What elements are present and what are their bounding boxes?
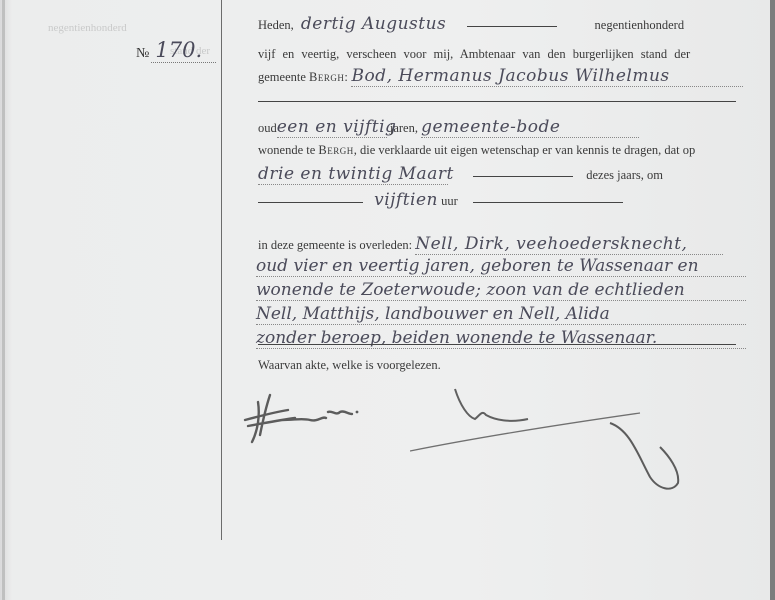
line-death-date: drie en twintig Maart dezes jaars, om — [258, 164, 663, 185]
hw-death-hour: vijftien — [374, 190, 438, 210]
hw-death-date: drie en twintig Maart — [258, 164, 448, 185]
record-number-value: 170. — [151, 38, 216, 63]
label-gemeente: gemeente — [258, 70, 306, 84]
bleed-through-text: negentienhonderd — [48, 22, 127, 34]
label-bergh: Bergh: — [309, 70, 348, 84]
hw-declarant-age: een en vijftig — [277, 117, 387, 138]
label-negentienhonderd: negentienhonderd — [595, 18, 685, 32]
label-wonende: wonende te — [258, 143, 315, 157]
record-number: №170. — [136, 38, 216, 62]
line-hour: vijftien uur — [258, 190, 623, 210]
line-age-occupation: oudeen en vijftig jaren, gemeente-bode — [258, 117, 639, 138]
hw-deceased-3: wonende te Zoeterwoude; zoon van de echt… — [256, 280, 746, 301]
hw-deceased-5: zonder beroep, beiden wonende te Wassena… — [256, 328, 746, 349]
hw-date: dertig Augustus — [301, 14, 446, 34]
label-municipality: Bergh — [318, 143, 353, 157]
line-year-registrar: vijf en veertig, verscheen voor mij, Amb… — [258, 47, 690, 62]
fill-rule — [258, 344, 736, 345]
line-deceased: in deze gemeente is overleden: Nell, Dir… — [258, 234, 723, 255]
line-residence: wonende te Bergh, die verklaarde uit eig… — [258, 143, 695, 158]
hw-deceased-2: oud vier en veertig jaren, geboren te Wa… — [256, 256, 746, 277]
label-jaren: jaren, — [390, 121, 418, 135]
hw-deceased-1: Nell, Dirk, veehoedersknecht, — [415, 234, 723, 255]
margin-divider — [221, 0, 222, 540]
declarant-signature — [240, 390, 390, 450]
fill-rule — [473, 176, 573, 177]
label-overleden: in deze gemeente is overleden: — [258, 238, 412, 252]
hw-declarant: Bod, Hermanus Jacobus Wilhelmus — [351, 66, 743, 87]
label-heden: Heden, — [258, 18, 294, 32]
document-page: negentienhonderd stand der №170. Heden, … — [0, 0, 775, 600]
page-left-edge — [2, 0, 5, 600]
hw-declarant-occupation: gemeente-bode — [421, 117, 639, 138]
fill-rule — [473, 202, 623, 203]
closing-statement: Waarvan akte, welke is voorgelezen. — [258, 358, 441, 373]
line-date: Heden, dertig Augustus negentienhonderd — [258, 14, 684, 34]
fill-rule — [467, 26, 557, 27]
fill-rule — [258, 202, 363, 203]
label-oud: oud — [258, 121, 277, 135]
label-verklaarde: , die verklaarde uit eigen wetenschap er… — [354, 143, 696, 157]
number-sign: № — [136, 46, 149, 61]
label-dezes-jaars: dezes jaars, om — [586, 168, 663, 182]
page-binding-edge — [770, 0, 775, 600]
fill-rule — [258, 101, 736, 102]
label-uur: uur — [441, 194, 458, 208]
line-declarant: gemeente Bergh: Bod, Hermanus Jacobus Wi… — [258, 66, 743, 87]
hw-deceased-4: Nell, Matthijs, landbouwer en Nell, Alid… — [256, 304, 746, 325]
registrar-signature — [410, 385, 710, 495]
